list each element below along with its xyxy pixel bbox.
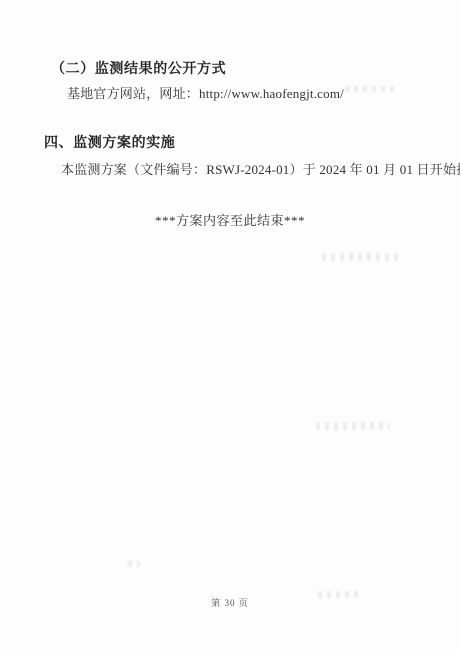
- scan-artifact: [316, 422, 390, 430]
- implementation-statement-line: 本监测方案（文件编号：RSWJ-2024-01）于 2024 年 01 月 01…: [61, 162, 460, 178]
- scan-artifact: [128, 560, 140, 567]
- page-number: 第 30 页: [0, 596, 460, 609]
- scan-artifact: [345, 86, 397, 92]
- section-public-heading: （二）监测结果的公开方式: [51, 60, 226, 77]
- official-website-line: 基地官方网站，网址：http://www.haofengjt.com/: [67, 86, 344, 102]
- end-of-plan-marker: ***方案内容至此结束***: [0, 210, 460, 229]
- section-implementation-heading: 四、监测方案的实施: [44, 134, 175, 151]
- scan-artifact: [322, 253, 398, 261]
- document-page: （二）监测结果的公开方式 基地官方网站，网址：http://www.haofen…: [0, 0, 460, 650]
